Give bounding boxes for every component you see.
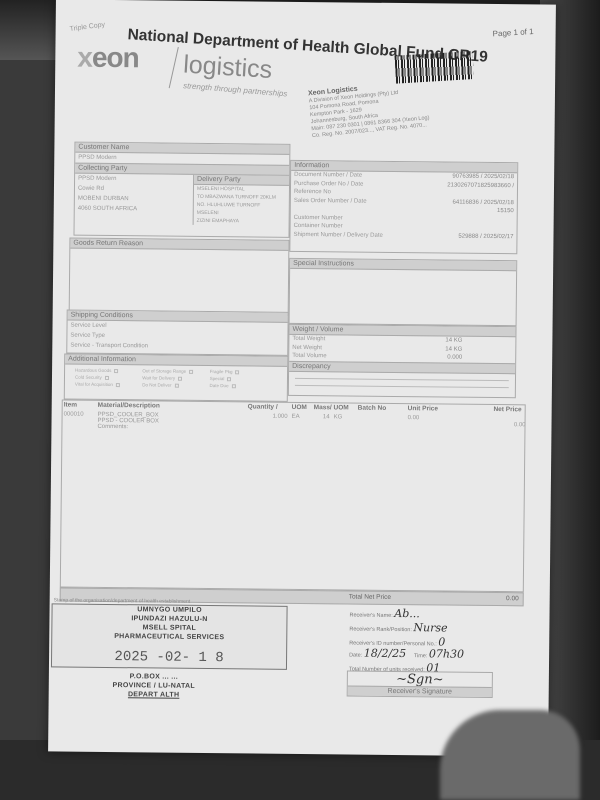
transport-condition: Service - Transport Condition — [67, 341, 287, 353]
col-mass: Mass/ UOM — [314, 404, 358, 411]
receiver-name-value: Ab... — [394, 607, 420, 620]
stamp-line: DEPART ALTH — [89, 690, 219, 700]
delivery-note-document: Triple Copy National Department of Healt… — [48, 0, 556, 757]
discrepancy-line — [295, 384, 509, 387]
weight-volume-rows: Total Weight14 KGNet Weight14 KGTotal Vo… — [289, 335, 515, 363]
logo-tagline: strength through partnerships — [183, 81, 288, 98]
col-item: Item — [64, 402, 98, 409]
col-uom: UOM — [292, 404, 314, 411]
checkbox-icon — [189, 369, 193, 373]
col-batch: Batch No — [358, 405, 408, 413]
barcode-icon — [394, 51, 474, 84]
copy-watermark: Triple Copy — [69, 21, 105, 33]
receiver-date-value: 18/2/25 — [364, 647, 407, 660]
total-net-price-label: Total Net Price — [349, 594, 391, 601]
delivery-party: Delivery Party MSELENI HOSPITAL TO MBAZW… — [193, 175, 290, 226]
weight-label: Total Weight — [292, 335, 325, 344]
weight-value: 14 KG — [445, 336, 462, 345]
info-label: Reference No — [294, 188, 331, 197]
receiver-time-label: Time: — [414, 653, 428, 659]
official-stamp: UMNYGO UMPILO IPUNDAZI HAZULU-N MSELL SP… — [51, 603, 288, 669]
goods-return-section: Goods Return Reason — [69, 238, 290, 316]
checkbox-icon — [235, 370, 239, 374]
additional-info-checkboxes: Hazardous GoodsOut of Storage RangeFragi… — [65, 365, 287, 392]
goods-return-label: Goods Return Reason — [70, 239, 288, 251]
signature-box: ~Sgn~ Receiver's Signature — [347, 670, 493, 698]
logo-divider — [169, 47, 179, 88]
info-label: Sales Order Number / Date — [294, 196, 367, 205]
signature-label: Receiver's Signature — [348, 685, 492, 697]
address-line: 4060 SOUTH AFRICA — [75, 204, 193, 215]
logo-x: x — [77, 42, 92, 73]
shipping-conditions-section: Shipping Conditions Service Level Servic… — [66, 310, 288, 356]
receiver-name-row: Receiver's Name: Ab... — [349, 607, 419, 621]
col-unit-price: Unit Price — [408, 405, 468, 413]
info-row: Shipment Number / Delivery Date529888 / … — [290, 230, 516, 241]
weight-value: 14 KG — [445, 345, 462, 354]
checkbox-icon — [178, 376, 182, 380]
checkbox-label: Vital for Acquisition — [75, 381, 113, 388]
checkbox-item: Date Due — [210, 382, 277, 390]
receiver-date-row: Date: 18/2/25 Time: 07h30 — [349, 647, 464, 661]
item-net-price: 0.00 — [471, 422, 525, 429]
weight-label: Net Weight — [292, 343, 322, 352]
weight-value: 0.000 — [447, 354, 462, 363]
logo-logistics: logistics — [182, 50, 273, 85]
weight-volume-section: Weight / Volume Total Weight14 KGNet Wei… — [288, 324, 517, 398]
info-value: 2130267071825983660 / — [447, 181, 514, 190]
checkbox-icon — [105, 375, 109, 379]
checkbox-icon — [174, 383, 178, 387]
info-value: 64116836 / 2025/02/18 — [453, 198, 514, 207]
receiver-time-value: 07h30 — [429, 647, 464, 660]
company-logo: xeon — [77, 42, 139, 75]
receiver-rank-value: Nurse — [413, 621, 447, 634]
discrepancy-line — [295, 377, 509, 380]
col-net-price: Net Price — [468, 406, 522, 414]
stamp-line: PHARMACEUTICAL SERVICES — [52, 631, 286, 642]
col-quantity: Quantity / — [248, 403, 292, 410]
checkbox-icon — [114, 369, 118, 373]
checkbox-icon — [116, 383, 120, 387]
receiver-date-label: Date: — [349, 653, 362, 659]
page-number: Page 1 of 1 — [492, 27, 533, 38]
total-net-price-value: 0.00 — [506, 595, 519, 602]
info-value: 529888 / 2025/02/17 — [458, 232, 513, 241]
info-label: Shipment Number / Delivery Date — [293, 230, 382, 239]
information-section: Information Document Number / Date907639… — [289, 160, 518, 254]
checkbox-label: Date Due — [210, 382, 229, 389]
receiver-rank-row: Receiver's Rank/Position: Nurse — [349, 621, 447, 635]
stamp-date: 2025 -02- 1 8 — [52, 648, 286, 666]
checkbox-label: Do Not Deliver — [142, 381, 171, 388]
special-instructions-section: Special Instructions — [289, 258, 518, 326]
discrepancy-label: Discrepancy — [289, 360, 515, 373]
checkbox-icon — [232, 384, 236, 388]
receiver-name-label: Receiver's Name: — [349, 613, 392, 619]
hand-holding-paper — [440, 710, 580, 800]
receiver-rank-label: Receiver's Rank/Position: — [349, 627, 412, 634]
additional-info-section: Additional Information Hazardous GoodsOu… — [64, 354, 288, 402]
company-address: Xeon Logistics A Division of Xeon Holdin… — [308, 79, 431, 140]
address-line: ZIZINI EMAPHAYA — [194, 217, 289, 226]
checkbox-icon — [227, 377, 231, 381]
checkbox-item: Do Not Deliver — [142, 381, 209, 389]
stamp-footer: P.O.BOX ... ... PROVINCE / LU-NATAL DEPA… — [89, 672, 219, 700]
weight-label: Total Volume — [292, 352, 326, 361]
info-value: 15150 — [497, 207, 514, 216]
collecting-party: PPSD Modern Cowie Rd MOBENI DURBAN 4060 … — [75, 174, 194, 225]
logo-eon: eon — [92, 42, 139, 73]
special-instructions-label: Special Instructions — [290, 259, 516, 271]
checkbox-item: Vital for Acquisition — [75, 381, 142, 389]
information-rows: Document Number / Date90763985 / 2025/02… — [290, 171, 517, 241]
customer-section: Customer Name PPSD Modern Collecting Par… — [73, 142, 290, 238]
